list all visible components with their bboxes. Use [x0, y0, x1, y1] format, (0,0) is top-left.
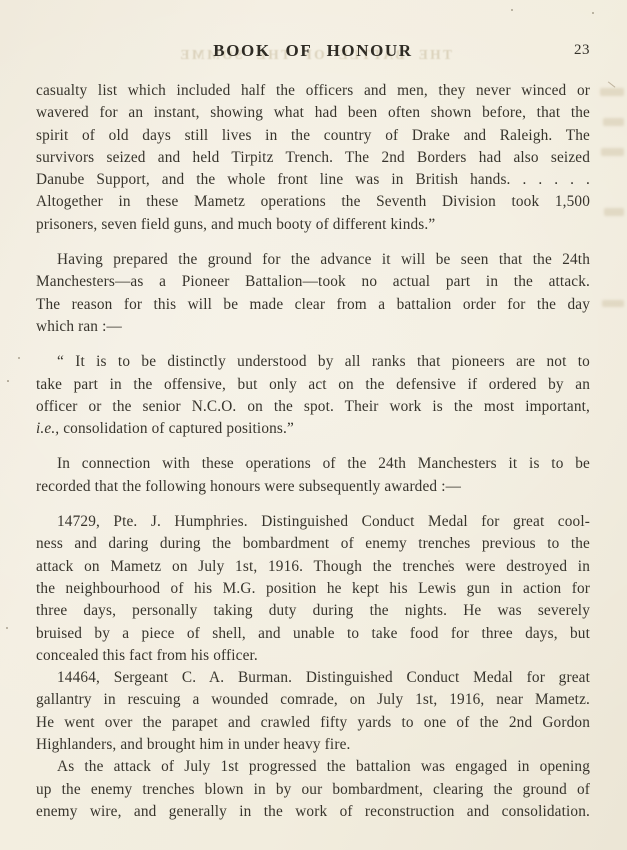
text-line: which ran :—	[36, 316, 590, 338]
scan-scratch	[608, 81, 616, 88]
text-line: Having prepared the ground for the advan…	[36, 249, 590, 271]
page-body-text: casualty list which included half the of…	[36, 80, 590, 823]
text-line: enemy wire, and generally in the work of…	[36, 801, 590, 823]
text-line: The reason for this will be made clear f…	[36, 294, 590, 316]
scanned-book-page: THE BATTLE OF THE SOMME BOOK OF HONOUR 2…	[0, 0, 627, 850]
paragraph-3: “ It is to be distinctly understood by a…	[36, 351, 590, 440]
text-line: three days, personally taking duty durin…	[36, 600, 590, 622]
scan-speck	[7, 380, 9, 382]
page-title: BOOK OF HONOUR	[36, 41, 590, 61]
paragraph-6: 14464, Sergeant C. A. Burman. Distinguis…	[36, 667, 590, 756]
scan-speck	[6, 627, 8, 629]
text-line: ness and daring during the bombardment o…	[36, 533, 590, 555]
paragraph-4: In connection with these operations of t…	[36, 453, 590, 498]
showthrough-fragment	[601, 148, 624, 156]
text-line: wavered for an instant, showing what had…	[36, 102, 590, 124]
text-line: Highlanders, and brought him in under he…	[36, 734, 590, 756]
text-line: casualty list which included half the of…	[36, 80, 590, 102]
paragraph-2: Having prepared the ground for the advan…	[36, 249, 590, 338]
text-line: recorded that the following honours were…	[36, 476, 590, 498]
scan-speck	[448, 560, 450, 562]
text-line: Altogether in these Mametz operations th…	[36, 191, 590, 213]
text-line: officer or the senior N.C.O. on the spot…	[36, 396, 590, 418]
text-line: survivors seized and held Tirpitz Trench…	[36, 147, 590, 169]
text-line: Manchesters—as a Pioneer Battalion—took …	[36, 271, 590, 293]
text-line: In connection with these operations of t…	[36, 453, 590, 475]
text-line: As the attack of July 1st progressed the…	[36, 756, 590, 778]
scan-speck	[511, 9, 513, 11]
paragraph-1: casualty list which included half the of…	[36, 80, 590, 236]
showthrough-fragment	[604, 208, 624, 216]
text-line: i.e., consolidation of captured position…	[36, 418, 590, 440]
showthrough-fragment	[602, 300, 624, 307]
text-line: 14729, Pte. J. Humphries. Distinguished …	[36, 511, 590, 533]
text-line: prisoners, seven field guns, and much bo…	[36, 214, 590, 236]
paragraph-5: 14729, Pte. J. Humphries. Distinguished …	[36, 511, 590, 667]
text-line: gallantry in rescuing a wounded comrade,…	[36, 689, 590, 711]
text-line: bruised by a piece of shell, and unable …	[36, 623, 590, 645]
text-line: 14464, Sergeant C. A. Burman. Distinguis…	[36, 667, 590, 689]
page-number: 23	[574, 42, 590, 59]
running-header: BOOK OF HONOUR 23	[36, 41, 590, 63]
text-line: Danube Support, and the whole front line…	[36, 169, 590, 191]
showthrough-fragment	[600, 88, 624, 96]
text-line: “ It is to be distinctly understood by a…	[36, 351, 590, 373]
scan-speck	[592, 12, 594, 14]
text-line: up the enemy trenches blown in by our bo…	[36, 779, 590, 801]
text-line: He went over the parapet and crawled fif…	[36, 712, 590, 734]
scan-speck	[18, 357, 20, 359]
text-line: the neighbourhood of his M.G. position h…	[36, 578, 590, 600]
paragraph-7: As the attack of July 1st progressed the…	[36, 756, 590, 823]
showthrough-fragment	[603, 118, 624, 126]
text-line: take part in the offensive, but only act…	[36, 374, 590, 396]
text-line: attack on Mametz on July 1st, 1916. Thou…	[36, 556, 590, 578]
text-line: concealed this fact from his officer.	[36, 645, 590, 667]
text-line: spirit of old days still lives in the co…	[36, 125, 590, 147]
